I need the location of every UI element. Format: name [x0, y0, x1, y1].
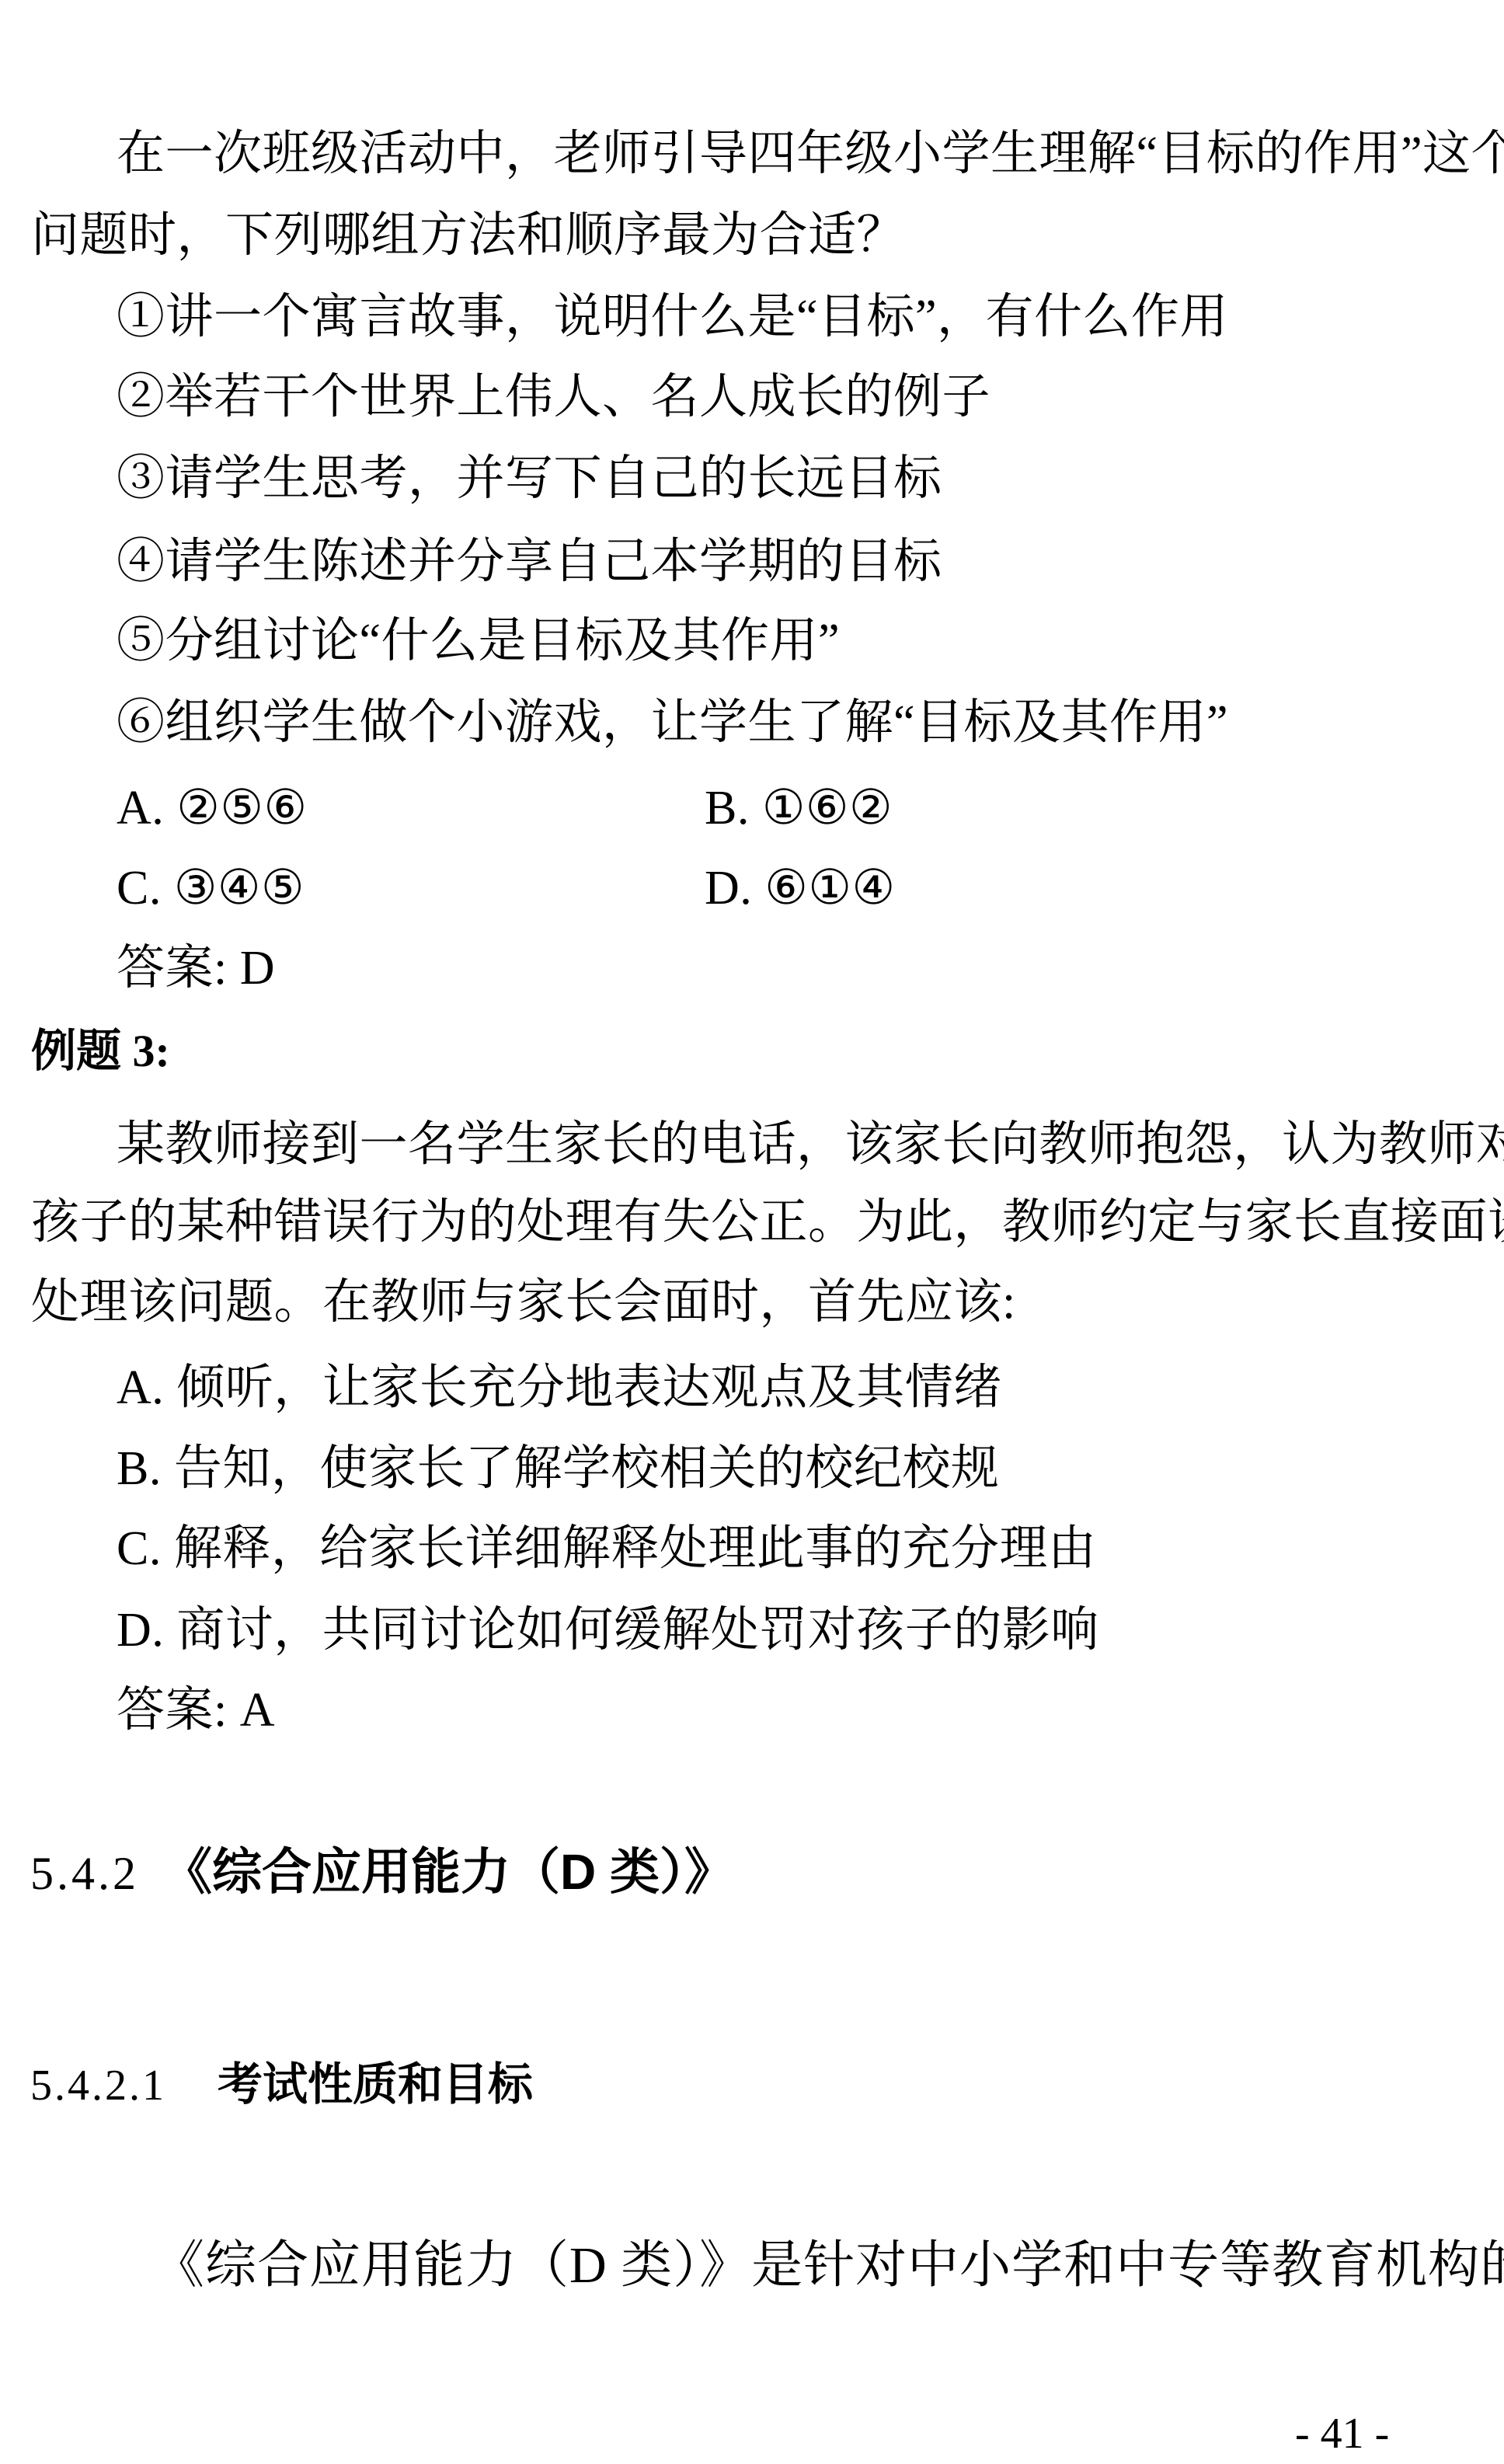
- example3-option-b: B. 告知，使家长了解学校相关的校纪校规: [117, 1443, 999, 1495]
- question-option-a: A. ②⑤⑥: [117, 782, 308, 835]
- question-answer: 答案: D: [117, 943, 275, 995]
- section-intro-paragraph: 《综合应用能力（D 类）》是针对中小学和中专等教育机构的: [153, 2223, 1504, 2297]
- question-step-3: ③请学生思考，并写下自己的长远目标: [117, 453, 942, 505]
- question-option-b: B. ①⑥②: [705, 782, 893, 835]
- question-intro-line-2: 问题时，下列哪组方法和顺序最为合适？: [31, 210, 905, 262]
- example3-option-c: C. 解释，给家长详细解释处理此事的充分理由: [117, 1523, 1096, 1575]
- section-heading-542: 5.4.2 《综合应用能力（D 类）》: [30, 1832, 734, 1904]
- question-step-4: ④请学生陈述并分享自己本学期的目标: [117, 536, 942, 588]
- example3-body-line-2: 孩子的某种错误行为的处理有失公正。为此，教师约定与家长直接面谈，: [31, 1197, 1504, 1249]
- question-option-d: D. ⑥①④: [705, 863, 896, 915]
- document-page: 在一次班级活动中，老师引导四年级小学生理解“目标的作用”这个 问题时，下列哪组方…: [0, 0, 1504, 2464]
- question-option-c: C. ③④⑤: [117, 863, 305, 915]
- section-title-5421: 考试性质和目标: [218, 2048, 533, 2113]
- page-number: - 41 -: [1295, 2409, 1389, 2459]
- question-step-5: ⑤分组讨论“什么是目标及其作用”: [117, 615, 840, 667]
- section-heading-5421: 5.4.2.1 考试性质和目标: [30, 2048, 533, 2113]
- example3-body-line-3: 处理该问题。在教师与家长会面时，首先应该:: [31, 1277, 1016, 1329]
- question-step-1: ①讲一个寓言故事，说明什么是“目标”，有什么作用: [117, 291, 1228, 343]
- example3-option-a: A. 倾听，让家长充分地表达观点及其情绪: [117, 1362, 1002, 1414]
- question-intro-line-1: 在一次班级活动中，老师引导四年级小学生理解“目标的作用”这个: [117, 128, 1504, 180]
- question-step-6: ⑥组织学生做个小游戏，让学生了解“目标及其作用”: [117, 697, 1228, 749]
- example3-answer: 答案: A: [117, 1685, 275, 1737]
- section-title-542: 《综合应用能力（D 类）》: [162, 1832, 734, 1904]
- section-number-542: 5.4.2: [30, 1847, 139, 1901]
- example3-option-d: D. 商讨，共同讨论如何缓解处罚对孩子的影响: [117, 1605, 1099, 1657]
- example3-body-line-1: 某教师接到一名学生家长的电话，该家长向教师抱怨，认为教师对其: [117, 1119, 1504, 1171]
- section-number-5421: 5.4.2.1: [30, 2061, 166, 2110]
- example3-heading: 例题 3:: [31, 1014, 170, 1079]
- question-step-2: ②举若干个世界上伟人、名人成长的例子: [117, 371, 990, 423]
